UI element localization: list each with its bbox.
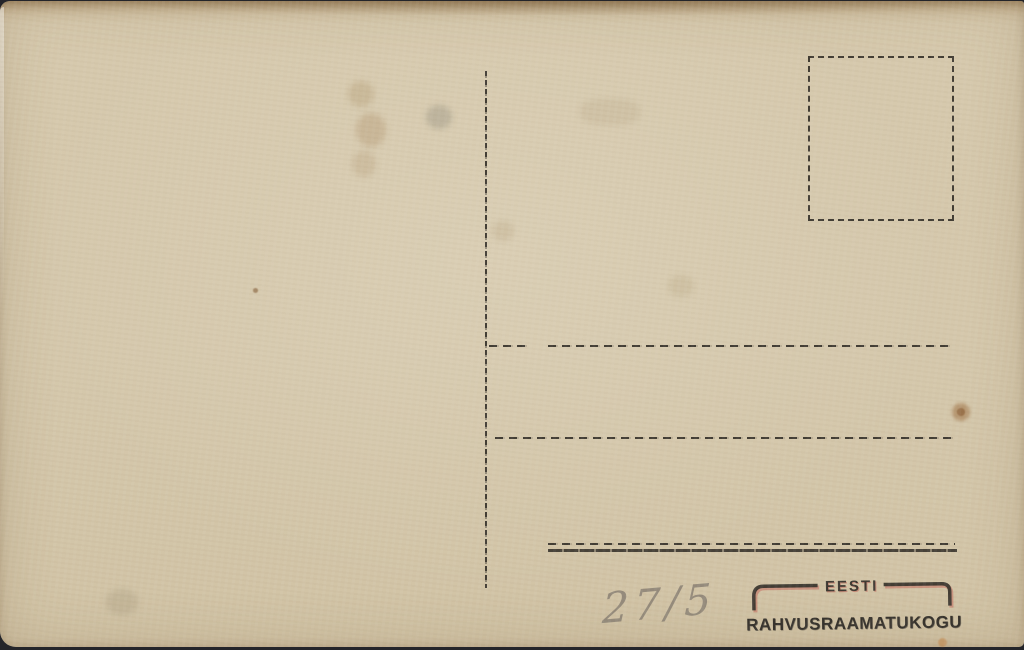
stain: [580, 99, 640, 125]
aged-top-edge: [0, 1, 1024, 15]
handwritten-note: 27/5: [601, 574, 717, 633]
address-divider-line: [485, 71, 487, 588]
stain: [106, 589, 138, 615]
stain: [668, 275, 694, 297]
stain: [352, 151, 376, 177]
postcard-back: 27/5 EESTI EESTI RAHVUSRAAMATUKOGU: [0, 1, 1024, 647]
stamp-country-label: EESTI: [825, 578, 879, 596]
stamp-bracket: EESTI EESTI: [742, 573, 963, 614]
stain: [952, 403, 970, 421]
stain: [253, 288, 258, 293]
library-stamp: EESTI EESTI RAHVUSRAAMATUKOGU: [742, 573, 963, 648]
address-line-3-underline: [548, 549, 957, 552]
address-line-3: [548, 543, 955, 545]
paper-edge-highlight: [0, 7, 4, 307]
stain: [348, 81, 374, 107]
stain: [492, 221, 514, 241]
address-line-1: [489, 345, 531, 347]
address-line-2: [495, 437, 955, 439]
stain: [957, 408, 965, 416]
stamp-institution-label: RAHVUSRAAMATUKOGU: [746, 613, 956, 636]
address-line-1: [548, 345, 951, 347]
postage-stamp-box: [808, 56, 954, 221]
stain: [356, 113, 386, 147]
stain: [426, 105, 452, 129]
